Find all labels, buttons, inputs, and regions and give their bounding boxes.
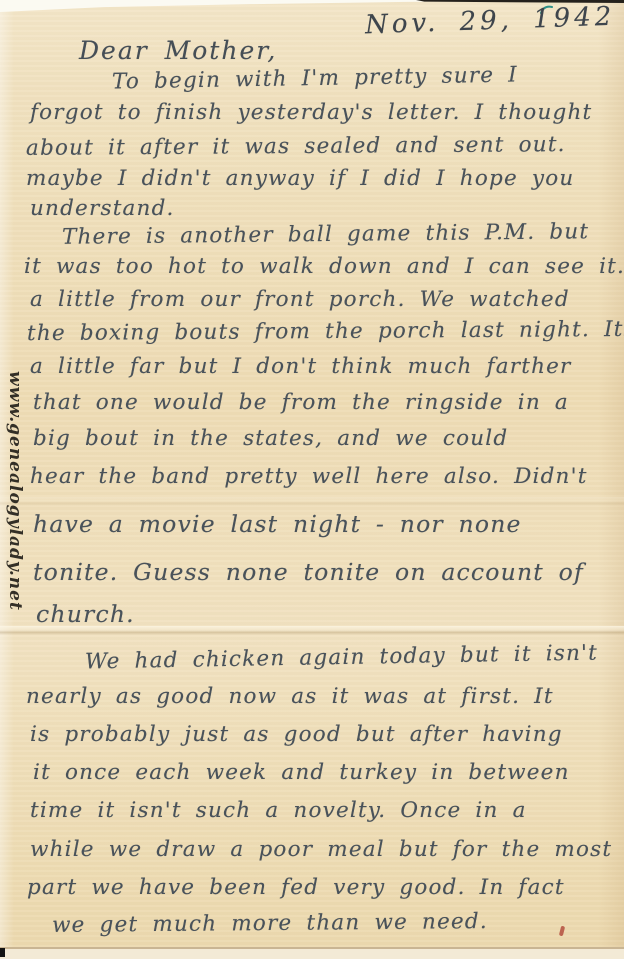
letter-line: that one would be from the ringside in a xyxy=(33,390,569,415)
red-ink-mark xyxy=(559,926,565,937)
letter-line: tonite. Guess none tonite on account of xyxy=(33,558,584,586)
letter-line: a little far but I don't think much fart… xyxy=(30,354,572,379)
letter-line: while we draw a poor meal but for the mo… xyxy=(30,837,612,862)
paper-bottom-edge xyxy=(0,947,624,959)
letter-line: We had chicken again today but it isn't xyxy=(85,641,598,675)
letter-line: time it isn't such a novelty. Once in a xyxy=(30,798,527,823)
letter-line: it once each week and turkey in between xyxy=(33,760,570,785)
letter-line: big bout in the states, and we could xyxy=(33,426,508,451)
letter-date: Nov. 29, 1942 xyxy=(365,2,616,41)
scanner-corner-mark xyxy=(0,948,5,957)
letter-line: There is another ball game this P.M. but xyxy=(62,219,589,250)
letter-line: forgot to finish yesterday's letter. I t… xyxy=(30,100,592,125)
letter-line: To begin with I'm pretty sure I xyxy=(112,62,518,94)
letter-line: part we have been fed very good. In fact xyxy=(27,875,565,900)
letter-line: hear the band pretty well here also. Did… xyxy=(30,464,588,489)
letter-line: understand. xyxy=(30,196,175,221)
letter-line: a little from our front porch. We watche… xyxy=(30,287,570,312)
letter-line: have a movie last night - nor none xyxy=(33,510,522,538)
letter-line: maybe I didn't anyway if I did I hope yo… xyxy=(26,166,574,191)
letter-line: about it after it was sealed and sent ou… xyxy=(26,132,566,161)
letter-line: it was too hot to walk down and I can se… xyxy=(24,254,624,279)
letter-line: we get much more than we need. xyxy=(52,909,488,938)
letter-line: is probably just as good but after havin… xyxy=(30,722,563,747)
letter-line: the boxing bouts from the porch last nig… xyxy=(27,317,624,346)
letter-page: www.genealogylady.net Nov. 29, 1942 Dear… xyxy=(0,0,624,959)
fold-crease xyxy=(0,497,624,506)
letter-line: church. xyxy=(36,600,135,628)
letter-line: nearly as good now as it was at first. I… xyxy=(26,684,554,709)
letter-salutation: Dear Mother, xyxy=(79,36,277,65)
watermark-text: www.genealogylady.net xyxy=(5,371,25,611)
